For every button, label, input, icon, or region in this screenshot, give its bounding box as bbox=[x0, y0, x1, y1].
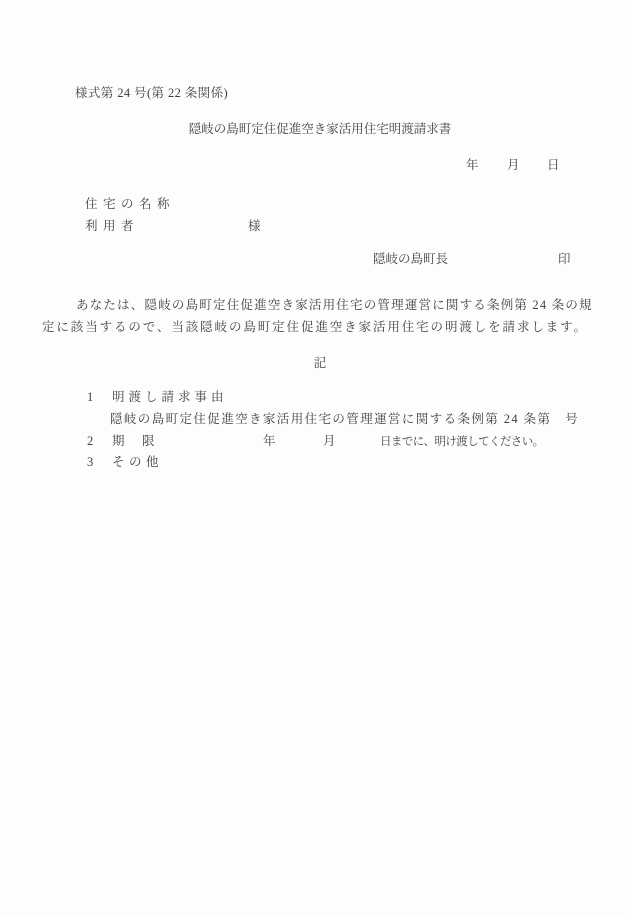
date-day-label: 日 bbox=[547, 158, 560, 172]
item2-deadline-text: 日までに、明け渡してください。 bbox=[380, 435, 544, 449]
item1-detail: 隠岐の島町定住促進空き家活用住宅の管理運営に関する条例第 24 条第 号 bbox=[110, 412, 579, 426]
honorific-label: 様 bbox=[248, 219, 261, 233]
date-month-label: 月 bbox=[507, 158, 520, 172]
item2-month-label: 月 bbox=[323, 434, 336, 448]
date-year-label: 年 bbox=[466, 158, 479, 172]
item2-label-first: 期 bbox=[112, 434, 125, 448]
body-paragraph-line-1: あなたは、隠岐の島町定住促進空き家活用住宅の管理運営に関する条例第 24 条の規 bbox=[76, 298, 593, 312]
housing-name-label: 住宅の名称 bbox=[85, 197, 175, 211]
document-page: 様式第 24 号(第 22 条関係) 隠岐の島町定住促進空き家活用住宅明渡請求書… bbox=[0, 0, 630, 915]
item3-label: その他 bbox=[112, 455, 163, 469]
item2-label-second: 限 bbox=[142, 434, 155, 448]
user-label: 利用者 bbox=[85, 219, 139, 233]
form-number: 様式第 24 号(第 22 条関係) bbox=[75, 86, 228, 100]
document-title: 隠岐の島町定住促進空き家活用住宅明渡請求書 bbox=[10, 122, 630, 136]
mayor-name: 隠岐の島町長 bbox=[373, 252, 448, 266]
item3-number: 3 bbox=[87, 455, 93, 469]
item2-number: 2 bbox=[87, 434, 93, 448]
body-paragraph-line-2: 定に該当するので、当該隠岐の島町定住促進空き家活用住宅の明渡しを請求します。 bbox=[42, 320, 588, 334]
item1-label: 明渡し請求事由 bbox=[112, 390, 228, 404]
seal-mark: 印 bbox=[558, 252, 571, 266]
note-heading: 記 bbox=[10, 356, 630, 370]
item1-number: 1 bbox=[87, 390, 93, 404]
item2-year-label: 年 bbox=[263, 434, 276, 448]
